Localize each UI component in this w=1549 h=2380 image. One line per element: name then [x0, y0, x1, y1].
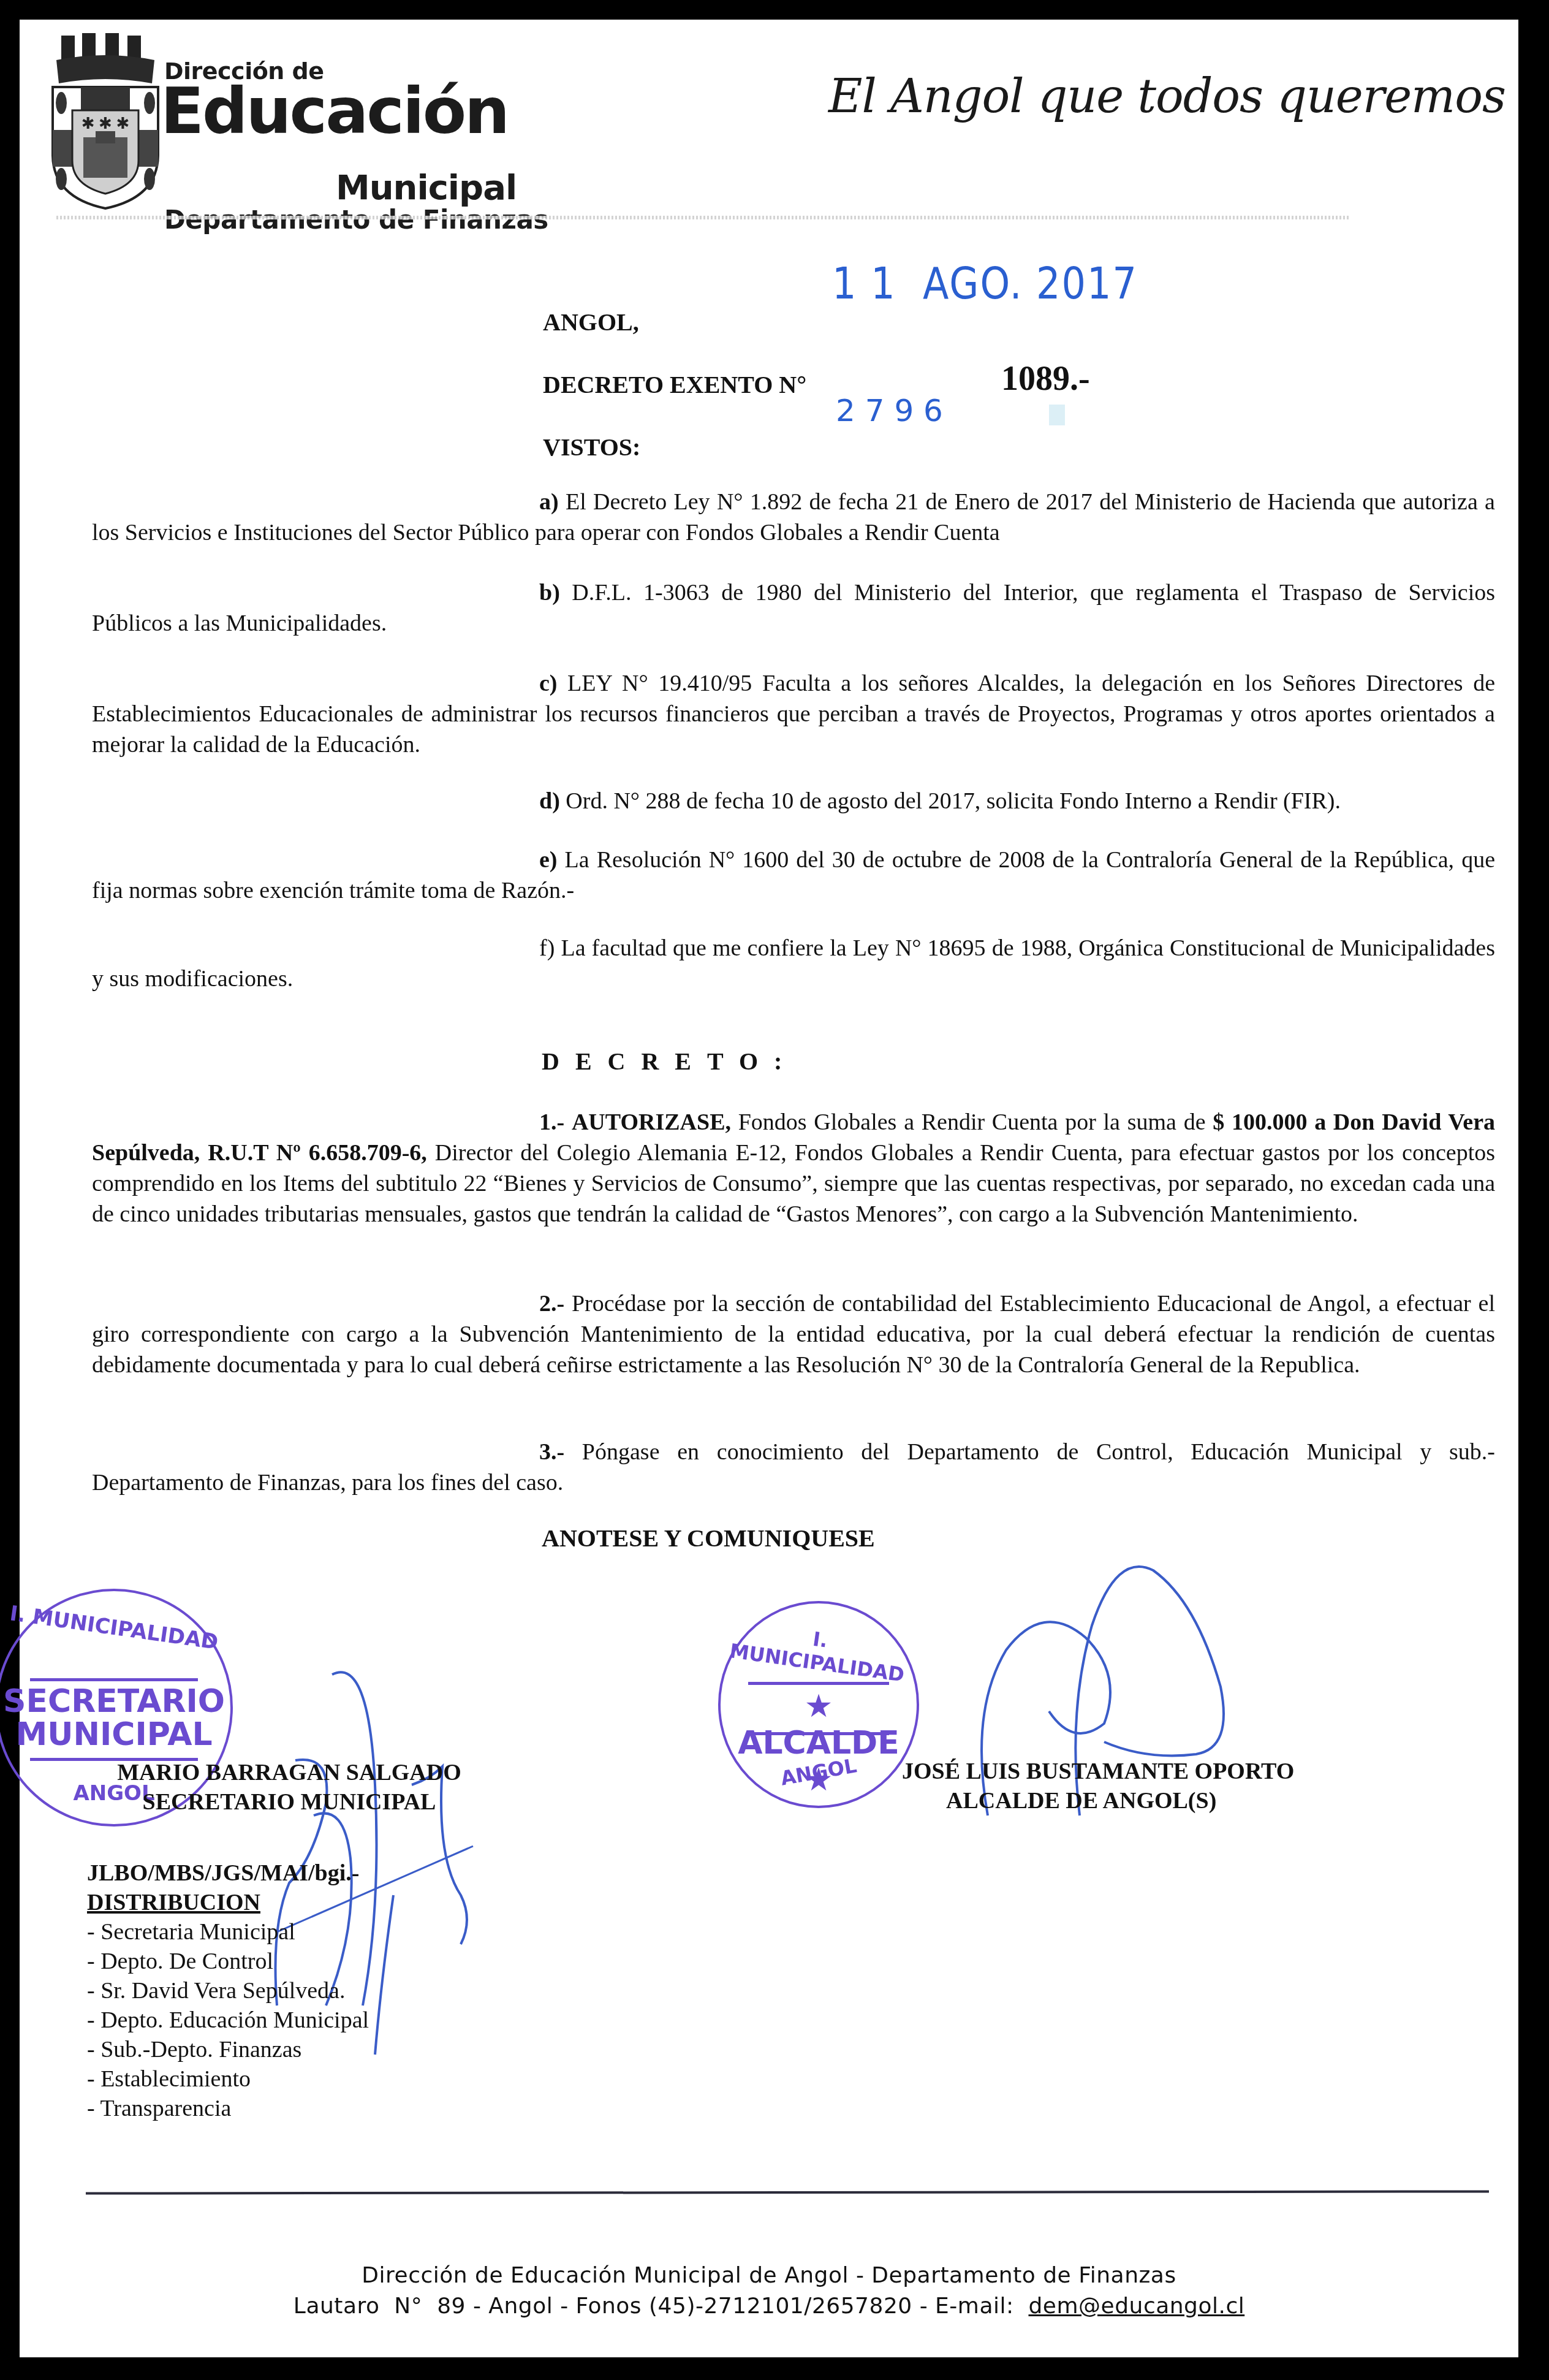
footer-line-2: Lautaro N° 89 - Angol - Fonos (45)-27121… — [20, 2294, 1518, 2319]
date-stamp: 1 1 AGO. 2017 — [832, 259, 1138, 309]
closing-formula: ANOTESE Y COMUNIQUESE — [542, 1523, 875, 1554]
seal-bar — [30, 1678, 198, 1681]
reference-initials: JLBO/MBS/JGS/MAI/bgi.- — [87, 1858, 369, 1888]
brand-line-educacion: Educación — [161, 76, 508, 146]
distribution-item: - Secretaria Municipal — [87, 1917, 369, 1947]
secretary-title: SECRETARIO MUNICIPAL — [93, 1787, 485, 1817]
header-divider — [56, 216, 1349, 219]
coat-of-arms-icon: ✱ ✱ ✱ — [44, 32, 167, 210]
vistos-item-b: b) D.F.L. 1-3063 de 1980 del Ministerio … — [92, 577, 1495, 639]
footer-divider — [86, 2190, 1489, 2194]
seal-bar — [748, 1732, 889, 1735]
distribution-item: - Sr. David Vera Sepúlveda. — [87, 1976, 369, 2006]
vistos-item-e: e) La Resolución N° 1600 del 30 de octub… — [92, 845, 1495, 906]
vistos-item-f: f) La facultad que me confiere la Ley N°… — [92, 933, 1495, 994]
registry-stamp: 2 7 9 6 — [836, 395, 943, 427]
vistos-item-d: d) Ord. N° 288 de fecha 10 de agosto del… — [92, 786, 1495, 816]
distribution-item: - Sub.-Depto. Finanzas — [87, 2035, 369, 2064]
vistos-label: VISTOS: — [543, 432, 640, 463]
brand-line-departamento: Departamento de Finanzas — [164, 205, 548, 235]
decree-label: DECRETO EXENTO N° — [543, 369, 806, 401]
mayor-title: ALCALDE DE ANGOL(S) — [946, 1786, 1216, 1815]
decreto-item-3: 3.- Póngase en conocimiento del Departam… — [92, 1437, 1495, 1498]
distribution-item: - Depto. De Control — [87, 1947, 369, 1976]
mayor-seal: I. MUNICIPALIDAD ★ ALCALDE ★ ANGOL — [718, 1601, 919, 1808]
distribution-title: DISTRIBUCION — [87, 1888, 369, 1917]
seal-bar — [748, 1682, 889, 1685]
document-page: ✱ ✱ ✱ Dirección de Educación Municipal D… — [20, 20, 1518, 2357]
brand-line-municipal: Municipal — [336, 168, 517, 208]
email-link[interactable]: dem@educangol.cl — [1029, 2294, 1245, 2319]
decreto-item-1: 1.- AUTORIZASE, Fondos Globales a Rendir… — [92, 1107, 1495, 1230]
vistos-item-c: c) LEY N° 19.410/95 Faculta a los señore… — [92, 668, 1495, 760]
decree-number: 1089.- — [1001, 363, 1090, 395]
mayor-name: JOSÉ LUIS BUSTAMANTE OPORTO — [902, 1757, 1294, 1786]
decreto-heading: DECRETO: — [542, 1046, 798, 1078]
vistos-item-a: a) El Decreto Ley N° 1.892 de fecha 21 d… — [92, 487, 1495, 548]
place-label: ANGOL, — [543, 306, 639, 338]
distribution-item: - Transparencia — [87, 2094, 369, 2123]
decreto-item-2: 2.- Procédase por la sección de contabil… — [92, 1288, 1495, 1380]
distribution-item: - Establecimiento — [87, 2064, 369, 2094]
stamp-mark — [1049, 405, 1065, 425]
secretary-name: MARIO BARRAGAN SALGADO — [93, 1758, 485, 1787]
distribution-item: - Depto. Educación Municipal — [87, 2006, 369, 2035]
distribution-block: JLBO/MBS/JGS/MAI/bgi.- DISTRIBUCION - Se… — [87, 1858, 369, 2123]
footer-line-1: Dirección de Educación Municipal de Ango… — [20, 2263, 1518, 2288]
svg-text:✱ ✱ ✱: ✱ ✱ ✱ — [81, 115, 129, 132]
slogan: El Angol que todos queremos — [828, 69, 1505, 123]
